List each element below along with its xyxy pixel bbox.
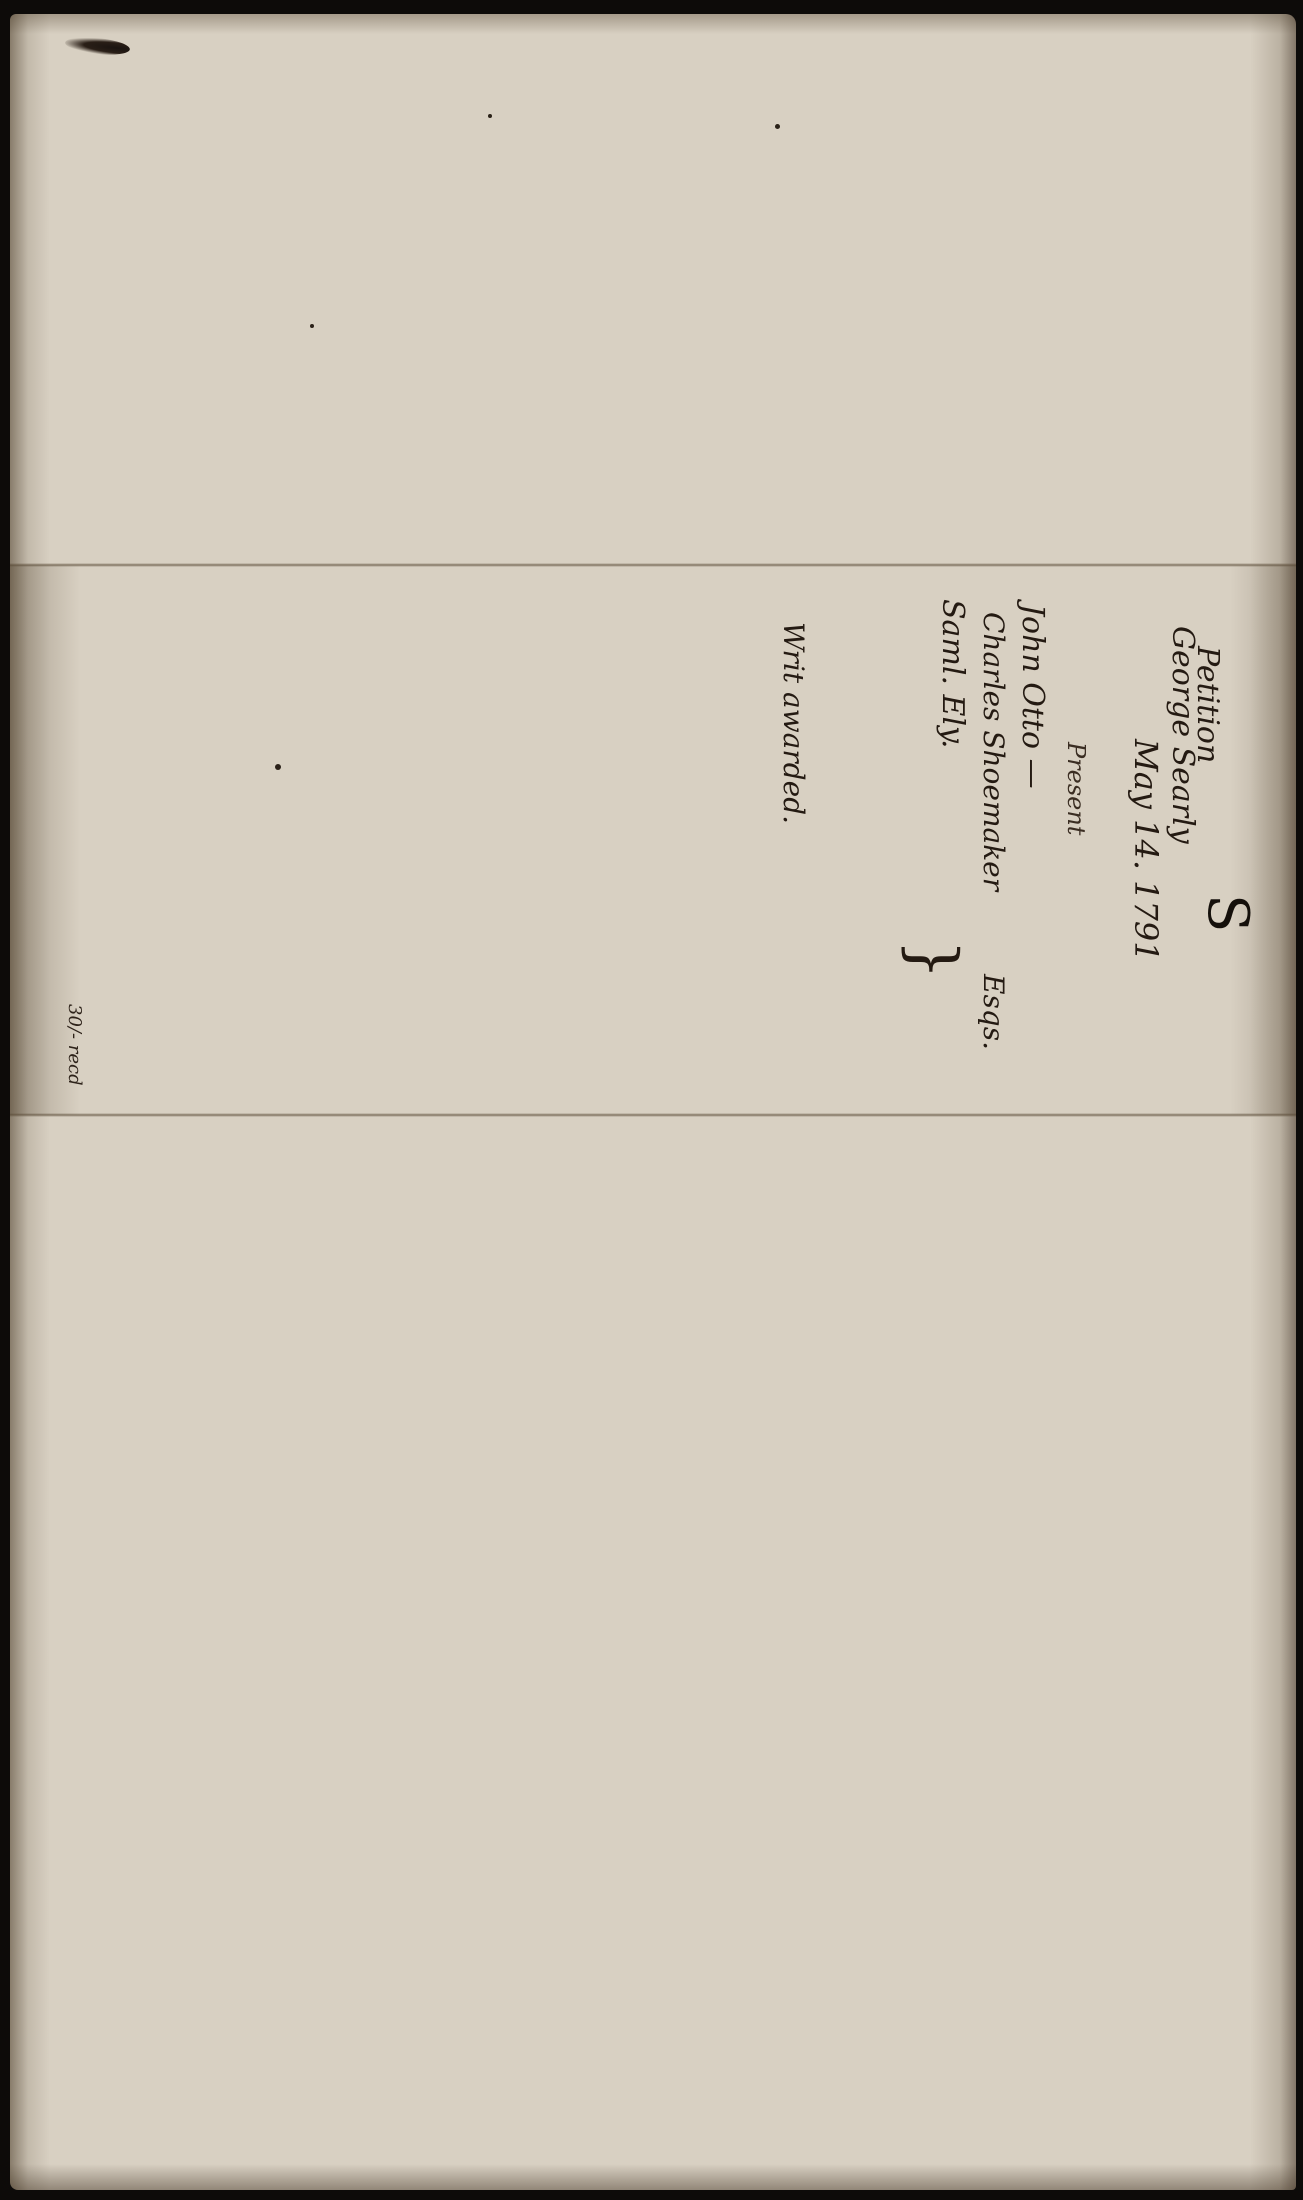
attendees-suffix: Esqs. <box>977 974 1010 1050</box>
petitioner-name: George Searly <box>1165 626 1200 844</box>
fold-line-lower <box>10 1113 1296 1117</box>
petition-mark: S <box>1195 894 1260 932</box>
margin-note: 30/- recd <box>64 1004 85 1086</box>
paper-speck <box>275 764 281 770</box>
attendee-2: Charles Shoemaker <box>977 612 1010 891</box>
paper-speck <box>310 324 314 328</box>
fold-line-upper <box>10 563 1296 567</box>
brace-mark: } <box>896 939 970 980</box>
paper-speck <box>775 124 780 129</box>
paper-speck <box>488 114 492 118</box>
document-page: Petition S George Searly May 14. 1791 Pr… <box>10 14 1296 2190</box>
attendee-1: John Otto — <box>1015 604 1050 789</box>
ruling-text: Writ awarded. <box>777 622 810 824</box>
attendee-3: Saml. Ely. <box>935 599 970 749</box>
middle-fold-panel <box>10 565 1296 1115</box>
ink-blot <box>64 35 130 58</box>
petition-date: May 14. 1791 <box>1127 739 1165 962</box>
present-label: Present <box>1062 742 1090 835</box>
